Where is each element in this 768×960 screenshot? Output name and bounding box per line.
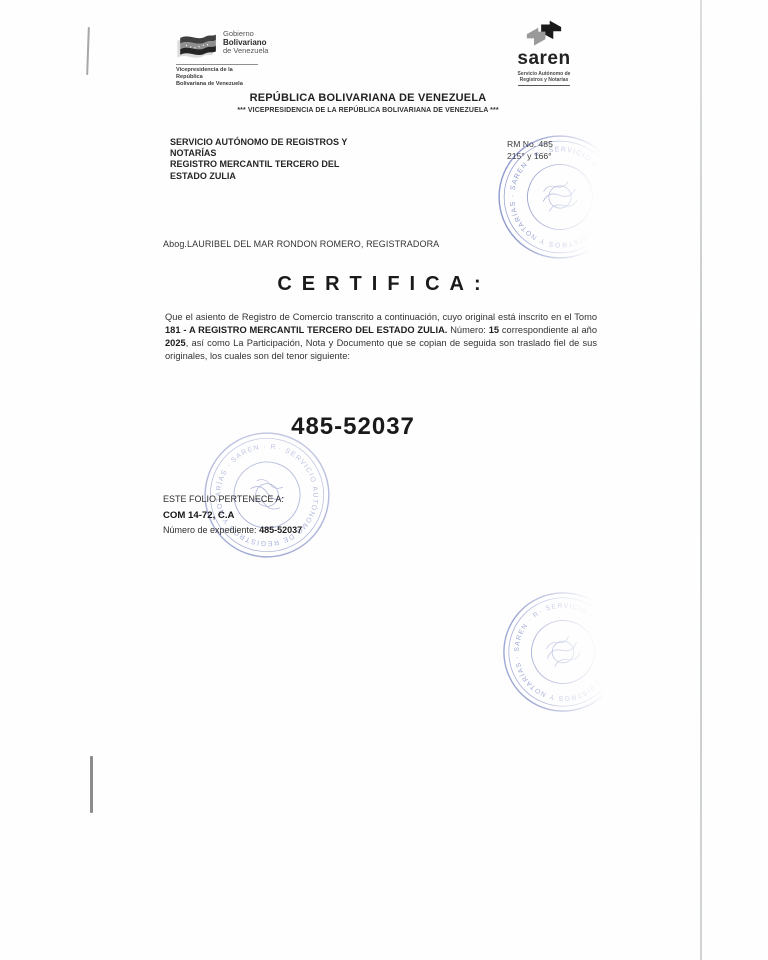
registry-seal-stamp-bottom-right: · SERVICIO AUTÓNOMO DE REGISTROS Y NOTAR… xyxy=(476,565,651,740)
gov-logo-line3: de Venezuela xyxy=(223,47,268,56)
office-line: REGISTRO MERCANTIL TERCERO DEL xyxy=(170,159,440,170)
saren-logo: saren Servicio Autónomo de Registros y N… xyxy=(503,17,585,86)
page-edge-line xyxy=(700,0,702,960)
folio-number-large: 485-52037 xyxy=(0,413,706,441)
gov-logo-subtitle: Vicepresidencia de la República Bolivari… xyxy=(176,64,258,87)
gov-logo-wordmark: Gobierno Bolivariano de Venezuela xyxy=(223,30,268,56)
company-name: COM 14-72, C.A xyxy=(163,508,302,524)
scanned-certificate-page: · SERVICIO AUTÓNOMO DE REGISTROS Y NOTAR… xyxy=(0,0,768,960)
expediente-label: Número de expediente: xyxy=(163,525,259,535)
saren-wordmark: saren xyxy=(503,50,585,68)
government-logo: Gobierno Bolivariano de Venezuela Vicepr… xyxy=(176,30,296,87)
folio-owner-label: ESTE FOLIO PERTENECE A: xyxy=(163,492,302,508)
staple-mark-bottom xyxy=(90,756,93,813)
gov-logo-sub-line1: Vicepresidencia de la República xyxy=(176,67,258,81)
gov-logo-sub-line2: Bolivariana de Venezuela xyxy=(176,81,258,88)
saren-subtitle: Servicio Autónomo de Registros y Notaría… xyxy=(518,72,571,86)
saren-arrows-icon xyxy=(524,17,564,47)
office-line: SERVICIO AUTÓNOMO DE REGISTROS Y xyxy=(170,137,440,148)
seal-icon: · SERVICIO AUTÓNOMO DE REGISTROS Y NOTAR… xyxy=(474,111,646,283)
office-line: ESTADO ZULIA xyxy=(170,171,440,182)
saren-sub-line2: Registros y Notarías xyxy=(518,78,571,84)
certification-paragraph: Que el asiento de Registro de Comercio t… xyxy=(165,311,597,363)
document-title: REPÚBLICA BOLIVARIANA DE VENEZUELA xyxy=(0,92,736,104)
registry-office-block: SERVICIO AUTÓNOMO DE REGISTROS Y NOTARÍA… xyxy=(170,137,440,182)
venezuela-flag-icon xyxy=(176,30,218,60)
staple-mark-top xyxy=(86,27,90,75)
registry-seal-stamp-top-right: · SERVICIO AUTÓNOMO DE REGISTROS Y NOTAR… xyxy=(474,111,646,283)
seal-ring-text: · SERVICIO AUTÓNOMO DE REGISTROS Y NOTAR… xyxy=(476,567,633,729)
expediente-line: Número de expediente: 485-52037 xyxy=(163,523,302,539)
folio-owner-block: ESTE FOLIO PERTENECE A: COM 14-72, C.A N… xyxy=(163,492,302,539)
registrar-line: Abog.LAURIBEL DEL MAR RONDON ROMERO, REG… xyxy=(163,239,439,249)
expediente-number: 485-52037 xyxy=(259,525,302,535)
seal-icon: · SERVICIO AUTÓNOMO DE REGISTROS Y NOTAR… xyxy=(476,565,651,740)
document-subtitle: *** VICEPRESIDENCIA DE LA REPÚBLICA BOLI… xyxy=(0,107,736,114)
certifica-heading: CERTIFICA: xyxy=(0,273,768,296)
office-line: NOTARÍAS xyxy=(170,148,440,159)
document-header: REPÚBLICA BOLIVARIANA DE VENEZUELA *** V… xyxy=(0,92,736,114)
